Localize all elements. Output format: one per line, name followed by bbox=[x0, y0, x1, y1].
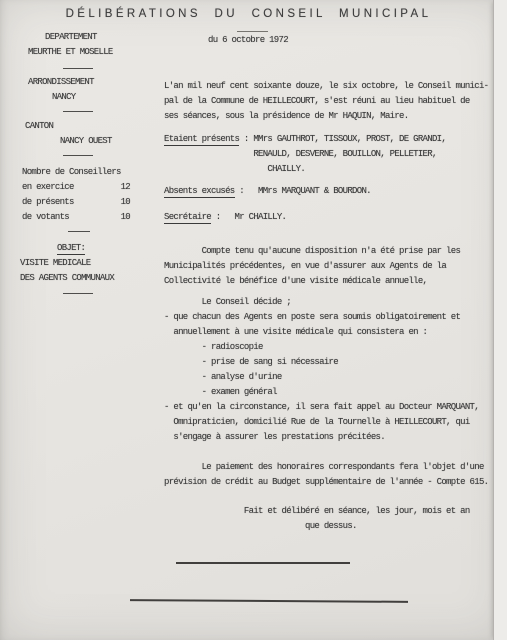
canton-label: CANTON bbox=[25, 119, 160, 134]
decision-subitem: - radioscopie bbox=[164, 340, 498, 355]
closing-formula: Fait et délibéré en séance, les jour, mo… bbox=[164, 504, 498, 534]
considerant-paragraph: Compte tenu qu'aucune disposition n'a ét… bbox=[164, 244, 498, 289]
decision-line: Omnipraticien, domicilié Rue de la Tourn… bbox=[164, 415, 498, 430]
absents-section: Absents excusés : MMrs MARQUANT & BOURDO… bbox=[164, 184, 498, 199]
sidebar-rule bbox=[63, 68, 93, 69]
sidebar-rule bbox=[63, 111, 93, 112]
decision-line: - que chacun des Agents en poste sera so… bbox=[164, 310, 498, 325]
body-line: Fait et délibéré en séance, les jour, mo… bbox=[164, 504, 498, 519]
scanned-document-page: DÉLIBÉRATIONS DU CONSEIL MUNICIPAL du 6 … bbox=[0, 0, 507, 640]
presents-line: RENAULD, DESVERNE, BOUILLON, PELLETIER, bbox=[164, 147, 498, 162]
objet-line: DES AGENTS COMMUNAUX bbox=[20, 271, 160, 286]
conseillers-value: 12 bbox=[121, 180, 130, 195]
sidebar-rule bbox=[63, 293, 93, 294]
opening-paragraph: L'an mil neuf cent soixante douze, le si… bbox=[164, 79, 498, 124]
secretaire-label: Secrétaire bbox=[164, 212, 211, 224]
body-line: que dessus. bbox=[164, 519, 498, 534]
secretaire-name: : Mr CHAILLY. bbox=[211, 212, 286, 222]
decision-line: - et qu'en la circonstance, il sera fait… bbox=[164, 400, 498, 415]
presents-section: Etaient présents : MMrs GAUTHROT, TISSOU… bbox=[164, 132, 498, 177]
secretaire-section: Secrétaire : Mr CHAILLY. bbox=[164, 210, 498, 225]
canton-value: NANCY OUEST bbox=[60, 134, 160, 149]
sidebar-rule bbox=[63, 155, 93, 156]
signature-rule-lower bbox=[130, 599, 408, 603]
body-line: Compte tenu qu'aucune disposition n'a ét… bbox=[164, 244, 498, 259]
arrondissement-label: ARRONDISSEMENT bbox=[28, 75, 160, 90]
body-line: prévision de crédit au Budget supplément… bbox=[164, 475, 498, 490]
decision-line: annuellement à une visite médicale qui c… bbox=[164, 325, 498, 340]
presents-names: : MMrs GAUTHROT, TISSOUX, PROST, DE GRAN… bbox=[239, 134, 446, 144]
body-line: pal de la Commune de HEILLECOURT, s'est … bbox=[164, 94, 498, 109]
absents-label: Absents excusés bbox=[164, 186, 235, 198]
left-margin-column: DEPARTEMENT MEURTHE ET MOSELLE ARRONDISS… bbox=[18, 30, 160, 294]
objet-label: OBJET: bbox=[57, 241, 160, 256]
body-line: ses séances, sous la présidence de Mr HA… bbox=[164, 109, 498, 124]
document-title: DÉLIBÉRATIONS DU CONSEIL MUNICIPAL bbox=[0, 8, 497, 20]
decision-subitem: - examen général bbox=[164, 385, 498, 400]
body-line: L'an mil neuf cent soixante douze, le si… bbox=[164, 79, 498, 94]
paiement-paragraph: Le paiement des honoraires correspondant… bbox=[164, 460, 498, 490]
decision-subitem: - analyse d'urine bbox=[164, 370, 498, 385]
presents-line: CHAILLY. bbox=[164, 162, 498, 177]
conseillers-label: en exercice bbox=[22, 180, 74, 195]
conseillers-label: de présents bbox=[22, 195, 74, 210]
presents-line: Etaient présents : MMrs GAUTHROT, TISSOU… bbox=[164, 132, 498, 147]
conseillers-value: 10 bbox=[121, 195, 130, 210]
decisions-section: Le Conseil décide ; - que chacun des Age… bbox=[164, 295, 498, 445]
conseillers-label: de votants bbox=[22, 210, 69, 225]
decision-line: Le Conseil décide ; bbox=[164, 295, 498, 310]
conseillers-value: 10 bbox=[121, 210, 130, 225]
decision-subitem: - prise de sang si nécessaire bbox=[164, 355, 498, 370]
conseillers-title: Nombre de Conseillers bbox=[22, 165, 160, 180]
presents-label: Etaient présents bbox=[164, 134, 239, 146]
scan-page-edge bbox=[493, 0, 507, 640]
conseillers-row-presents: de présents 10 bbox=[22, 195, 130, 210]
body-line: Collectivité le bénéfice d'une visite mé… bbox=[164, 274, 498, 289]
signature-rule-upper bbox=[176, 562, 350, 564]
departement-value: MEURTHE ET MOSELLE bbox=[28, 45, 160, 60]
deliberation-text-column: L'an mil neuf cent soixante douze, le si… bbox=[164, 79, 498, 534]
arrondissement-value: NANCY bbox=[52, 90, 160, 105]
absents-names: : MMrs MARQUANT & BOURDON. bbox=[235, 186, 371, 196]
conseillers-row-votants: de votants 10 bbox=[22, 210, 130, 225]
sidebar-rule bbox=[68, 231, 90, 232]
objet-line: VISITE MEDICALE bbox=[20, 256, 160, 271]
decision-line: s'engage à assurer les prestations préci… bbox=[164, 430, 498, 445]
body-line: Le paiement des honoraires correspondant… bbox=[164, 460, 498, 475]
date-separator-rule bbox=[237, 31, 268, 32]
document-date: du 6 octobre 1972 bbox=[208, 33, 288, 48]
body-line: Municipalités précédentes, en vue d'assu… bbox=[164, 259, 498, 274]
conseillers-row-exercice: en exercice 12 bbox=[22, 180, 130, 195]
departement-label: DEPARTEMENT bbox=[45, 30, 160, 45]
objet-label-text: OBJET: bbox=[57, 243, 85, 255]
absents-line: Absents excusés : MMrs MARQUANT & BOURDO… bbox=[164, 184, 498, 199]
secretaire-line: Secrétaire : Mr CHAILLY. bbox=[164, 210, 498, 225]
